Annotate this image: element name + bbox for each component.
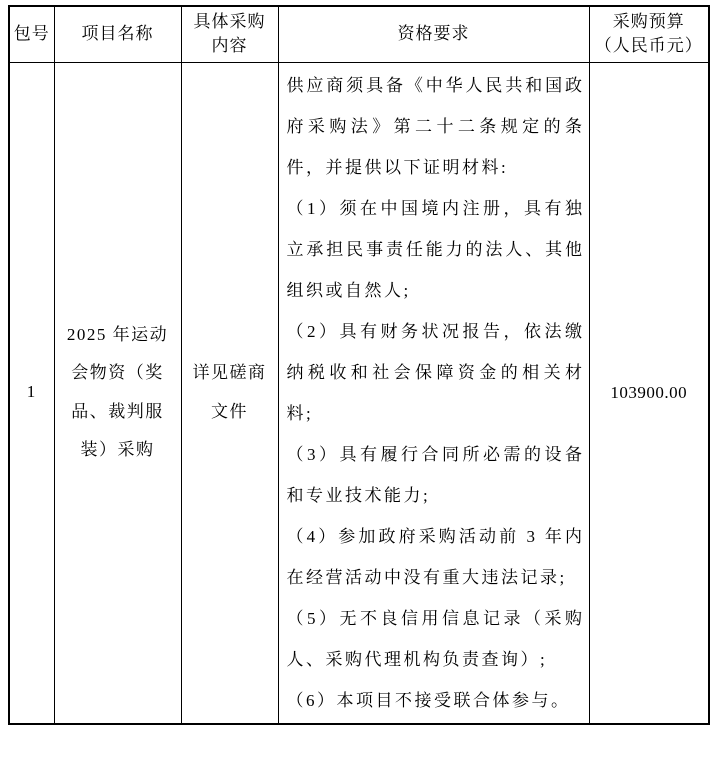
cell-qualification: 供应商须具备《中华人民共和国政府采购法》第二十二条规定的条件，并提供以下证明材料… (278, 62, 589, 724)
header-procurement-content: 具体采购 内容 (181, 6, 278, 62)
qualification-item-1: （1）须在中国境内注册，具有独立承担民事责任能力的法人、其他组织或自然人; (287, 188, 585, 311)
cell-budget: 103900.00 (589, 62, 709, 724)
qualification-item-5: （5）无不良信用信息记录（采购人、采购代理机构负责查询）; (287, 598, 585, 680)
qualification-intro: 供应商须具备《中华人民共和国政府采购法》第二十二条规定的条件，并提供以下证明材料… (287, 65, 585, 188)
header-package-no: 包号 (9, 6, 54, 62)
header-budget: 采购预算 （人民币元） (589, 6, 709, 62)
table-header: 包号 项目名称 具体采购 内容 资格要求 采购预算 （人民币元） (9, 6, 709, 62)
table-row: 1 2025 年运动会物资（奖品、裁判服装）采购 详见磋商文件 供应商须具备《中… (9, 62, 709, 724)
cell-package-no: 1 (9, 62, 54, 724)
header-project-name: 项目名称 (54, 6, 181, 62)
header-row: 包号 项目名称 具体采购 内容 资格要求 采购预算 （人民币元） (9, 6, 709, 62)
procurement-table: 包号 项目名称 具体采购 内容 资格要求 采购预算 （人民币元） 1 2025 … (8, 5, 710, 725)
cell-project-name: 2025 年运动会物资（奖品、裁判服装）采购 (54, 62, 181, 724)
table-body: 1 2025 年运动会物资（奖品、裁判服装）采购 详见磋商文件 供应商须具备《中… (9, 62, 709, 724)
qualification-item-4: （4）参加政府采购活动前 3 年内在经营活动中没有重大违法记录; (287, 516, 585, 598)
qualification-item-6: （6）本项目不接受联合体参与。 (287, 680, 585, 721)
qualification-item-2: （2）具有财务状况报告，依法缴纳税收和社会保障资金的相关材料; (287, 311, 585, 434)
qualification-item-3: （3）具有履行合同所必需的设备和专业技术能力; (287, 434, 585, 516)
header-qualification: 资格要求 (278, 6, 589, 62)
cell-procurement-content: 详见磋商文件 (181, 62, 278, 724)
